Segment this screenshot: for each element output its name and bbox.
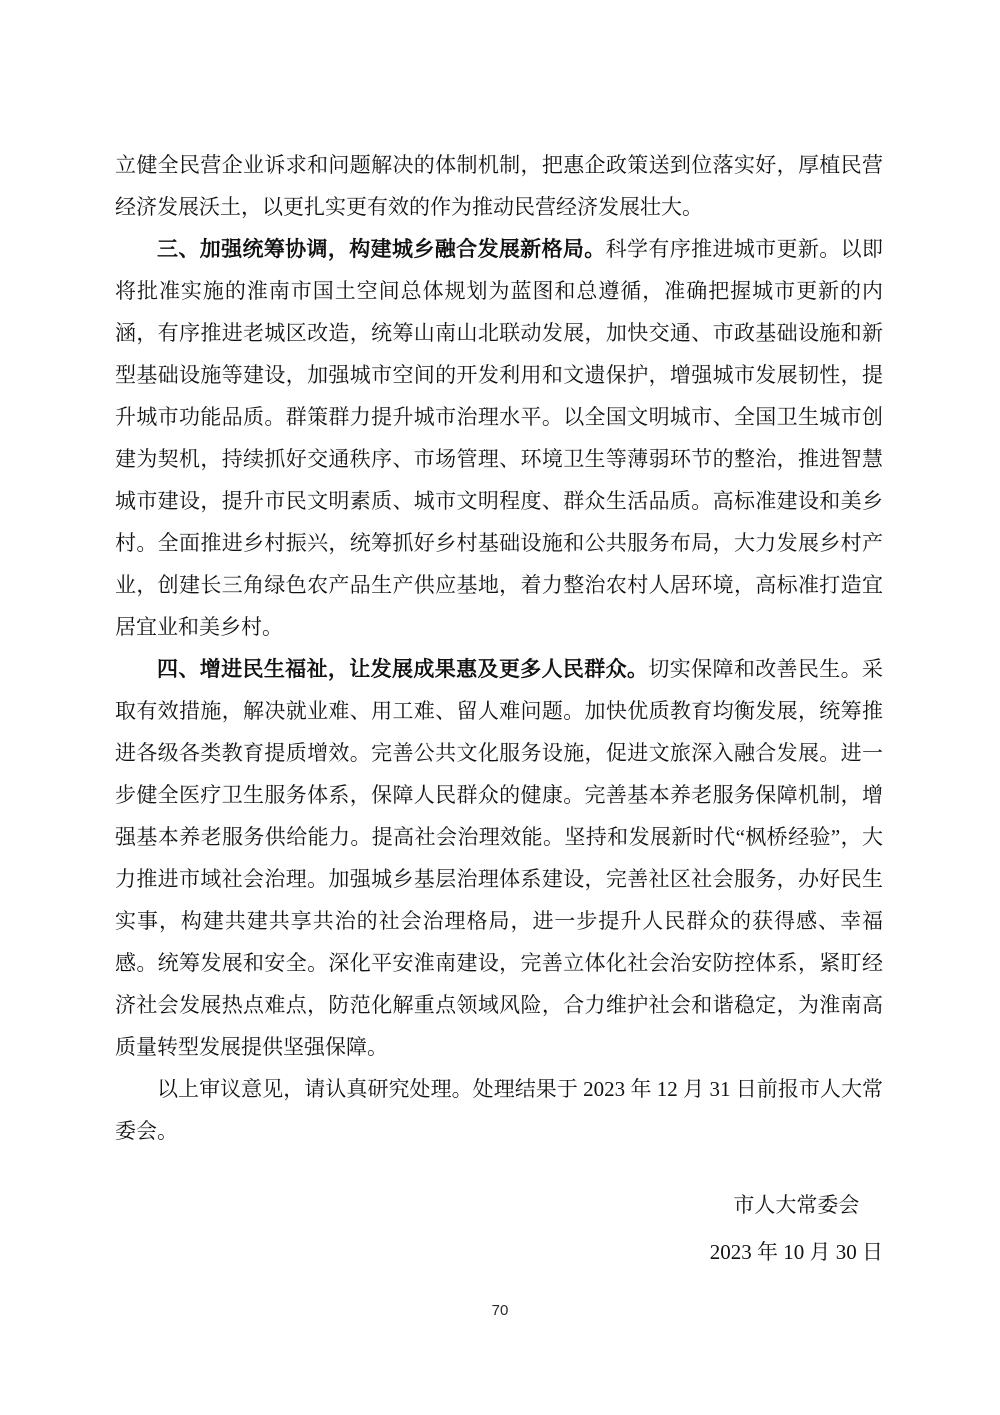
section-four-heading: 四、增进民生福祉，让发展成果惠及更多人民群众。 <box>157 657 648 681</box>
paragraph-text: 科学有序推进城市更新。以即将批准实施的淮南市国土空间总体规划为蓝图和总遵循，准确… <box>115 237 883 639</box>
paragraph-section-three: 三、加强统筹协调，构建城乡融合发展新格局。科学有序推进城市更新。以即将批准实施的… <box>115 228 883 648</box>
signature-date: 2023 年 10 月 30 日 <box>710 1229 883 1276</box>
signature-org-name: 市人大常委会 <box>710 1182 883 1229</box>
document-body: 立健全民营企业诉求和问题解决的体制机制，把惠企政策送到位落实好，厚植民营经济发展… <box>0 0 1000 1152</box>
paragraph-section-four: 四、增进民生福祉，让发展成果惠及更多人民群众。切实保障和改善民生。采取有效措施，… <box>115 648 883 1068</box>
paragraph-text: 以上审议意见，请认真研究处理。处理结果于 2023 年 12 月 31 日前报市… <box>115 1077 883 1143</box>
paragraph-text: 切实保障和改善民生。采取有效措施，解决就业难、用工难、留人难问题。加快优质教育均… <box>115 657 883 1059</box>
paragraph-closing: 以上审议意见，请认真研究处理。处理结果于 2023 年 12 月 31 日前报市… <box>115 1068 883 1152</box>
signature-block: 市人大常委会 2023 年 10 月 30 日 <box>710 1182 883 1276</box>
paragraph-continuation: 立健全民营企业诉求和问题解决的体制机制，把惠企政策送到位落实好，厚植民营经济发展… <box>115 144 883 228</box>
page-number: 70 <box>0 1302 1000 1319</box>
section-three-heading: 三、加强统筹协调，构建城乡融合发展新格局。 <box>157 237 606 261</box>
paragraph-text: 立健全民营企业诉求和问题解决的体制机制，把惠企政策送到位落实好，厚植民营经济发展… <box>115 153 883 219</box>
document-page: 立健全民营企业诉求和问题解决的体制机制，把惠企政策送到位落实好，厚植民营经济发展… <box>0 0 1000 1415</box>
